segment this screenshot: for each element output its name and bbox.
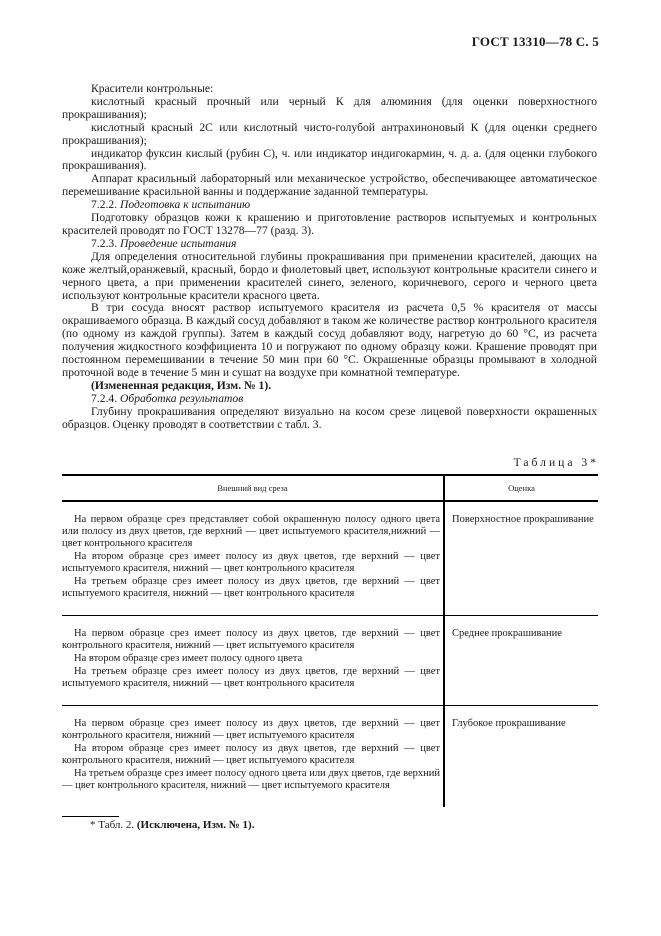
section-title: Обработка результатов bbox=[120, 392, 243, 405]
paragraph: кислотный красный 2С или кислотный чисто… bbox=[62, 122, 597, 148]
table-row: На первом образце срез представляет собо… bbox=[62, 501, 598, 616]
column-header-appearance: Внешний вид среза bbox=[62, 475, 444, 501]
grade-text: Поверхностное прокрашивание bbox=[445, 502, 598, 526]
table-row: На первом образце срез имеет полосу из д… bbox=[62, 616, 598, 706]
section-number: 7.2.2. bbox=[91, 198, 117, 211]
grade-cell: Среднее прокрашивание bbox=[444, 616, 598, 706]
paragraph: Аппарат красильный лабораторный или меха… bbox=[62, 173, 597, 199]
body-text: Красители контрольные: кислотный красный… bbox=[62, 83, 597, 431]
grade-text: Среднее прокрашивание bbox=[445, 616, 598, 640]
cell-line: На первом образце срез имеет полосу из д… bbox=[62, 718, 440, 742]
appearance-cell: На первом образце срез представляет собо… bbox=[62, 501, 444, 616]
paragraph: кислотный красный прочный или черный К д… bbox=[62, 96, 597, 122]
table-caption: Таблица 3* bbox=[514, 456, 599, 469]
section-number: 7.2.3. bbox=[91, 237, 117, 250]
running-title: ГОСТ 13310—78 С. 5 bbox=[472, 34, 599, 50]
section-heading-723: 7.2.3. Проведение испытания bbox=[62, 238, 597, 251]
section-heading-724: 7.2.4. Обработка результатов bbox=[62, 393, 597, 406]
cell-line: На первом образце срез имеет полосу из д… bbox=[62, 628, 440, 652]
section-title: Проведение испытания bbox=[120, 237, 236, 250]
cell-line: На третьем образце срез имеет полосу из … bbox=[62, 576, 440, 600]
grade-text: Глубокое прокрашивание bbox=[445, 706, 598, 730]
cell-line: На втором образце срез имеет полосу из д… bbox=[62, 743, 440, 767]
paragraph: В три сосуда вносят раствор испытуемого … bbox=[62, 302, 597, 379]
table-header-row: Внешний вид среза Оценка bbox=[62, 475, 598, 501]
grade-cell: Поверхностное прокрашивание bbox=[444, 501, 598, 616]
column-header-grade: Оценка bbox=[444, 475, 598, 501]
cell-line: На третьем образце срез имеет полосу одн… bbox=[62, 768, 440, 792]
section-number: 7.2.4. bbox=[91, 392, 117, 405]
appearance-cell: На первом образце срез имеет полосу из д… bbox=[62, 706, 444, 808]
paragraph: Глубину прокрашивания определяют визуаль… bbox=[62, 406, 597, 432]
paragraph: Для определения относительной глубины пр… bbox=[62, 251, 597, 303]
cell-line: На втором образце срез имеет полосу одно… bbox=[62, 653, 440, 665]
footnote-ref: * Табл. 2. bbox=[90, 819, 134, 831]
paragraph: Красители контрольные: bbox=[62, 83, 597, 96]
results-table: Внешний вид среза Оценка На первом образ… bbox=[62, 474, 598, 807]
cell-line: На третьем образце срез имеет полосу из … bbox=[62, 666, 440, 690]
footnote: * Табл. 2. (Исключена, Изм. № 1). bbox=[90, 819, 254, 831]
cell-line: На втором образце срез имеет полосу из д… bbox=[62, 551, 440, 575]
grade-cell: Глубокое прокрашивание bbox=[444, 706, 598, 808]
footnote-note: (Исключена, Изм. № 1). bbox=[137, 819, 255, 831]
paragraph: индикатор фуксин кислый (рубин С), ч. ил… bbox=[62, 148, 597, 174]
paragraph: Подготовку образцов кожи к крашению и пр… bbox=[62, 212, 597, 238]
appearance-cell: На первом образце срез имеет полосу из д… bbox=[62, 616, 444, 706]
section-title: Подготовка к испытанию bbox=[120, 198, 250, 211]
cell-line: На первом образце срез представляет собо… bbox=[62, 514, 440, 550]
footnote-divider bbox=[62, 816, 119, 817]
table-row: На первом образце срез имеет полосу из д… bbox=[62, 706, 598, 808]
